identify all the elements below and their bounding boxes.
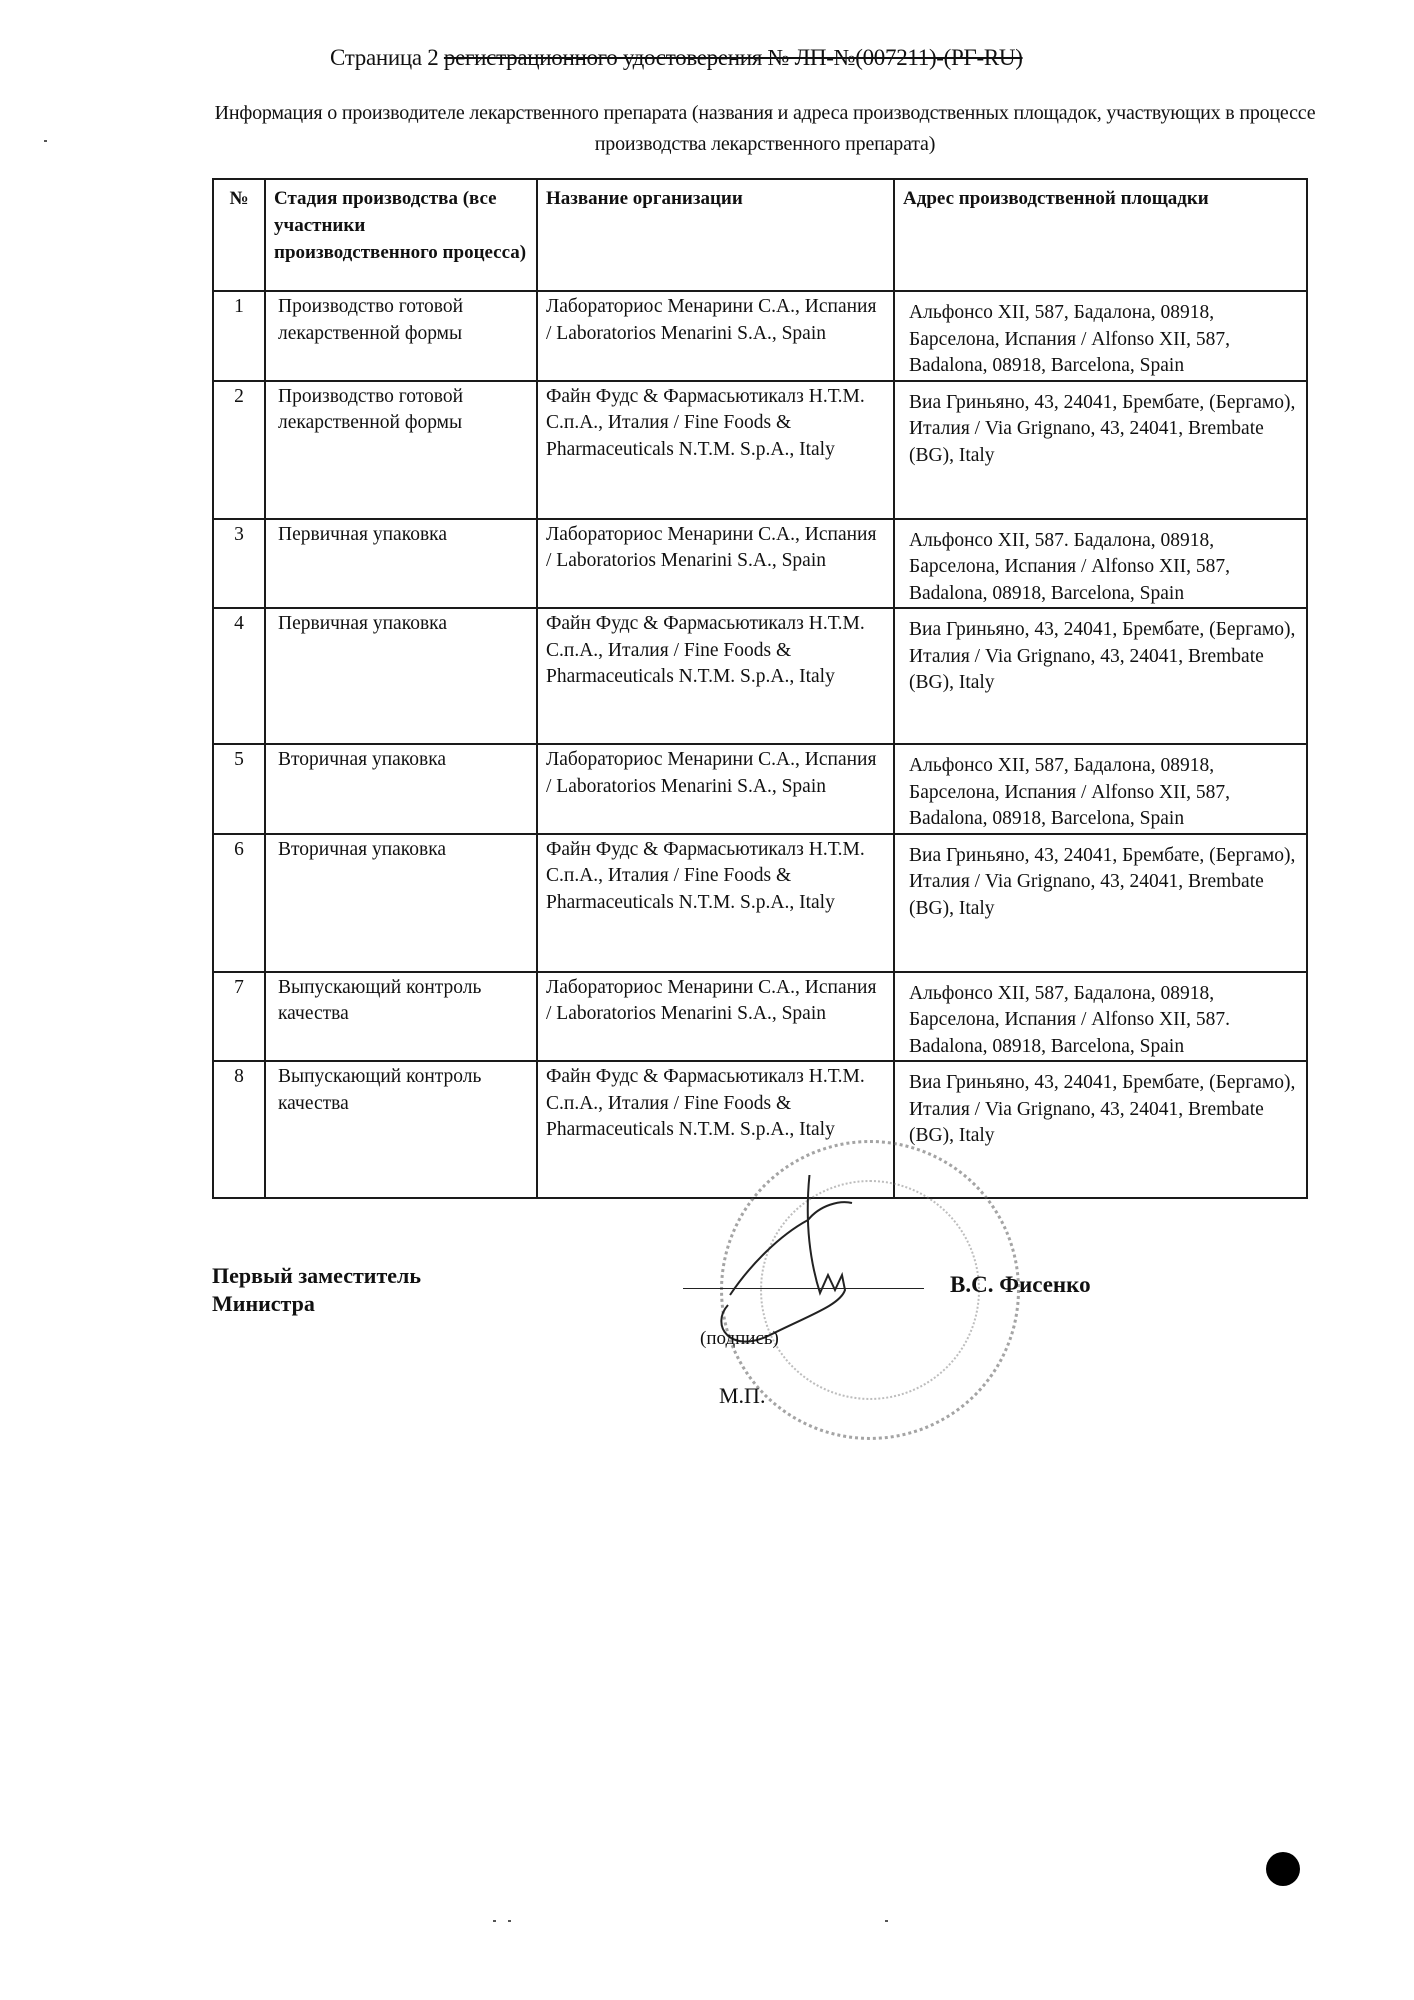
page-title: Страница 2 регистрационного удостоверени… <box>330 45 1145 71</box>
row-number: 4 <box>213 608 265 744</box>
title-prefix: Страница 2 <box>330 45 444 70</box>
header-organization: Название организации <box>537 179 894 291</box>
signature-line <box>683 1288 924 1289</box>
row-number: 7 <box>213 972 265 1062</box>
row-stage: Производство готовой лекарственной формы <box>265 381 537 519</box>
row-stage: Выпускающий контроль качества <box>265 1061 537 1198</box>
row-organization: Лабораториос Менарини С.А., Испания / La… <box>537 744 894 834</box>
row-organization: Файн Фудс & Фармасьютикалз Н.Т.М. С.п.А.… <box>537 381 894 519</box>
signatory-position: Первый заместитель Министра <box>212 1262 421 1318</box>
black-dot-mark <box>1266 1852 1300 1886</box>
document-subtitle: Информация о производителе лекарственног… <box>210 98 1320 160</box>
header-number: № <box>213 179 265 291</box>
row-organization: Файн Фудс & Фармасьютикалз Н.Т.М. С.п.А.… <box>537 608 894 744</box>
row-organization: Лабораториос Менарини С.А., Испания / La… <box>537 972 894 1062</box>
row-stage: Производство готовой лекарственной формы <box>265 291 537 381</box>
table-header-row: № Стадия производства (все участники про… <box>213 179 1307 291</box>
signer-name: В.С. Фисенко <box>950 1272 1091 1298</box>
table-row: 2Производство готовой лекарственной форм… <box>213 381 1307 519</box>
row-address: Альфонсо XII, 587. Бадалона, 08918, Барс… <box>894 519 1307 609</box>
table-row: 3Первичная упаковкаЛабораториос Менарини… <box>213 519 1307 609</box>
row-address: Альфонсо XII, 587, Бадалона, 08918, Барс… <box>894 744 1307 834</box>
table-row: 4Первичная упаковкаФайн Фудс & Фармасьют… <box>213 608 1307 744</box>
row-organization: Файн Фудс & Фармасьютикалз Н.Т.М. С.п.А.… <box>537 834 894 972</box>
scan-speck <box>44 140 47 142</box>
row-number: 1 <box>213 291 265 381</box>
row-stage: Первичная упаковка <box>265 608 537 744</box>
scan-speck <box>508 1920 511 1922</box>
table-row: 5Вторичная упаковкаЛабораториос Менарини… <box>213 744 1307 834</box>
position-line-1: Первый заместитель <box>212 1262 421 1290</box>
row-address: Альфонсо XII, 587, Бадалона, 08918, Барс… <box>894 291 1307 381</box>
header-address: Адрес производственной площадки <box>894 179 1307 291</box>
manufacturers-table: № Стадия производства (все участники про… <box>212 178 1308 1199</box>
title-certificate-number: регистрационного удостоверения № ЛП-№(00… <box>444 45 1023 70</box>
row-address: Виа Гриньяно, 43, 24041, Брембате, (Берг… <box>894 834 1307 972</box>
row-stage: Выпускающий контроль качества <box>265 972 537 1062</box>
table-row: 1Производство готовой лекарственной форм… <box>213 291 1307 381</box>
row-number: 8 <box>213 1061 265 1198</box>
row-number: 6 <box>213 834 265 972</box>
row-number: 3 <box>213 519 265 609</box>
row-organization: Лабораториос Менарини С.А., Испания / La… <box>537 291 894 381</box>
row-stage: Вторичная упаковка <box>265 744 537 834</box>
row-address: Виа Гриньяно, 43, 24041, Брембате, (Берг… <box>894 381 1307 519</box>
row-stage: Вторичная упаковка <box>265 834 537 972</box>
row-number: 5 <box>213 744 265 834</box>
position-line-2: Министра <box>212 1290 421 1318</box>
row-stage: Первичная упаковка <box>265 519 537 609</box>
header-stage: Стадия производства (все участники произ… <box>265 179 537 291</box>
row-address: Виа Гриньяно, 43, 24041, Брембате, (Берг… <box>894 608 1307 744</box>
row-organization: Лабораториос Менарини С.А., Испания / La… <box>537 519 894 609</box>
scan-speck <box>493 1920 496 1922</box>
row-address: Альфонсо XII, 587, Бадалона, 08918, Барс… <box>894 972 1307 1062</box>
scan-speck <box>885 1920 888 1922</box>
row-number: 2 <box>213 381 265 519</box>
signature-caption: (подпись) <box>700 1328 779 1350</box>
table-row: 7Выпускающий контроль качестваЛаборатори… <box>213 972 1307 1062</box>
seal-label: М.П. <box>719 1383 765 1409</box>
table-row: 6Вторичная упаковкаФайн Фудс & Фармасьют… <box>213 834 1307 972</box>
